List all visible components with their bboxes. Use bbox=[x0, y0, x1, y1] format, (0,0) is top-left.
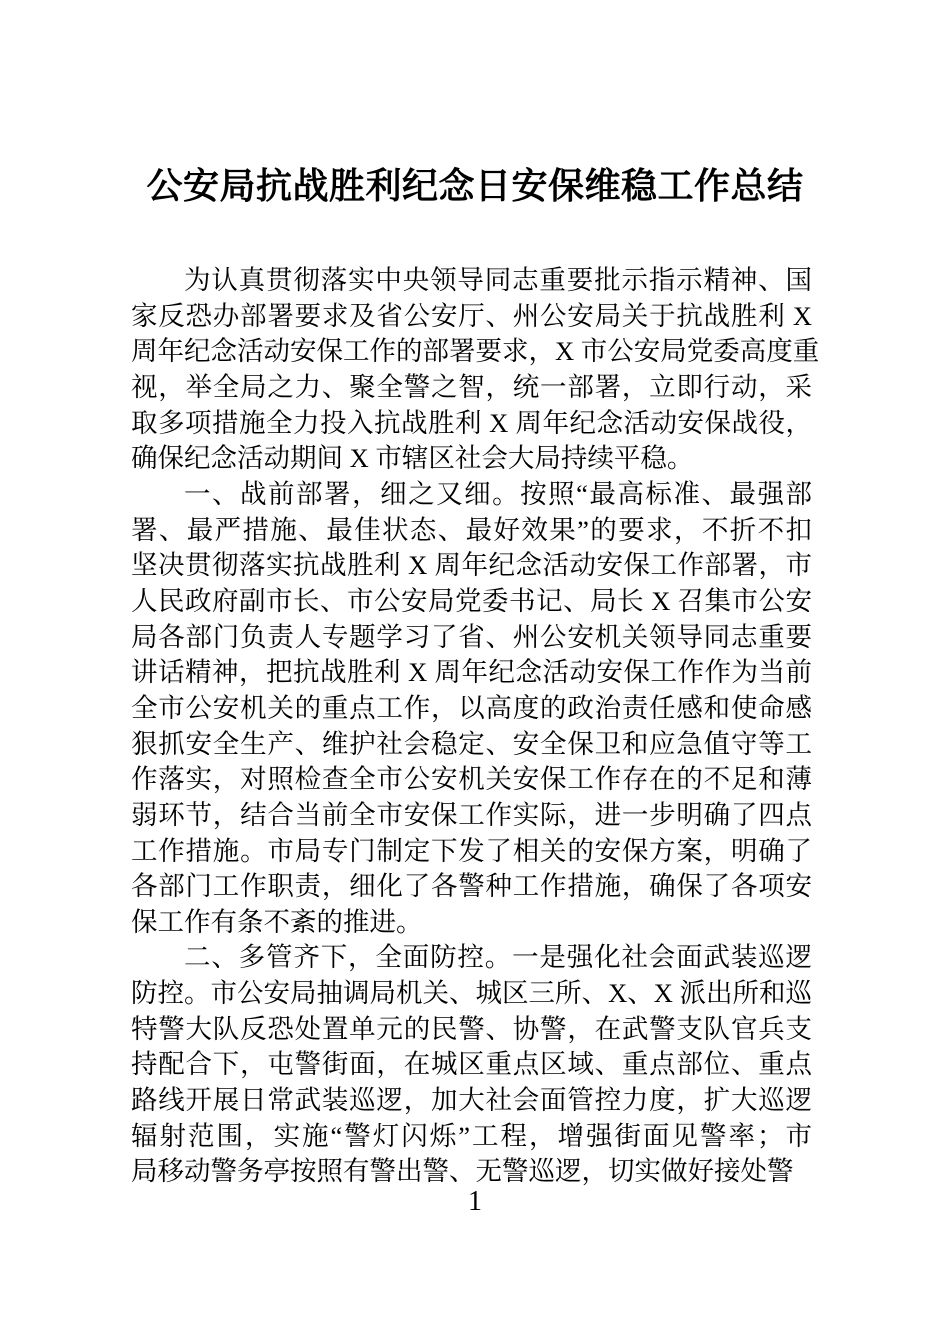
text-line: 持配合下，屯警街面，在城区重点区域、重点部位、重点 bbox=[131, 1047, 812, 1083]
text-line: 全市公安机关的重点工作，以高度的政治责任感和使命感 bbox=[131, 691, 812, 727]
text-line: 辐射范围，实施“警灯闪烁”工程，增强街面见警率；市 bbox=[131, 1119, 812, 1155]
paragraph: 为认真贯彻落实中央领导同志重要批示指示精神、国家反恐办部署要求及省公安厅、州公安… bbox=[131, 263, 812, 477]
text-line: 为认真贯彻落实中央领导同志重要批示指示精神、国 bbox=[131, 263, 812, 299]
text-line: 局各部门负责人专题学习了省、州公安机关领导同志重要 bbox=[131, 620, 812, 656]
document-title: 公安局抗战胜利纪念日安保维稳工作总结 bbox=[0, 0, 950, 210]
text-line: 保工作有条不紊的推进。 bbox=[131, 905, 812, 941]
text-line: 各部门工作职责，细化了各警种工作措施，确保了各项安 bbox=[131, 869, 812, 905]
text-line: 周年纪念活动安保工作的部署要求，X 市公安局党委高度重 bbox=[131, 334, 812, 370]
text-line: 讲话精神，把抗战胜利 X 周年纪念活动安保工作作为当前 bbox=[131, 655, 812, 691]
text-line: 特警大队反恐处置单元的民警、协警，在武警支队官兵支 bbox=[131, 1012, 812, 1048]
paragraph: 一、战前部署，细之又细。按照“最高标准、最强部署、最严措施、最佳状态、最好效果”… bbox=[131, 477, 812, 941]
document-page: 公安局抗战胜利纪念日安保维稳工作总结 为认真贯彻落实中央领导同志重要批示指示精神… bbox=[0, 0, 950, 1344]
text-line: 确保纪念活动期间 X 市辖区社会大局持续平稳。 bbox=[131, 441, 812, 477]
text-line: 局移动警务亭按照有警出警、无警巡逻，切实做好接处警 bbox=[131, 1154, 812, 1190]
text-line: 弱环节，结合当前全市安保工作实际，进一步明确了四点 bbox=[131, 798, 812, 834]
text-line: 作落实，对照检查全市公安机关安保工作存在的不足和薄 bbox=[131, 762, 812, 798]
text-line: 防控。市公安局抽调局机关、城区三所、X、X 派出所和巡 bbox=[131, 976, 812, 1012]
text-line: 取多项措施全力投入抗战胜利 X 周年纪念活动安保战役， bbox=[131, 406, 812, 442]
text-line: 一、战前部署，细之又细。按照“最高标准、最强部 bbox=[131, 477, 812, 513]
text-line: 工作措施。市局专门制定下发了相关的安保方案，明确了 bbox=[131, 834, 812, 870]
paragraph: 二、多管齐下，全面防控。一是强化社会面武装巡逻防控。市公安局抽调局机关、城区三所… bbox=[131, 940, 812, 1190]
text-line: 坚决贯彻落实抗战胜利 X 周年纪念活动安保工作部署，市 bbox=[131, 548, 812, 584]
text-line: 人民政府副市长、市公安局党委书记、局长 X 召集市公安 bbox=[131, 584, 812, 620]
text-line: 署、最严措施、最佳状态、最好效果”的要求，不折不扣 bbox=[131, 513, 812, 549]
text-line: 视，举全局之力、聚全警之智，统一部署，立即行动，采 bbox=[131, 370, 812, 406]
text-line: 路线开展日常武装巡逻，加大社会面管控力度，扩大巡逻 bbox=[131, 1083, 812, 1119]
text-line: 家反恐办部署要求及省公安厅、州公安局关于抗战胜利 X bbox=[131, 299, 812, 335]
document-body: 为认真贯彻落实中央领导同志重要批示指示精神、国家反恐办部署要求及省公安厅、州公安… bbox=[131, 263, 812, 1190]
text-line: 狠抓安全生产、维护社会稳定、安全保卫和应急值守等工 bbox=[131, 727, 812, 763]
text-line: 二、多管齐下，全面防控。一是强化社会面武装巡逻 bbox=[131, 940, 812, 976]
page-number: 1 bbox=[0, 1186, 950, 1218]
